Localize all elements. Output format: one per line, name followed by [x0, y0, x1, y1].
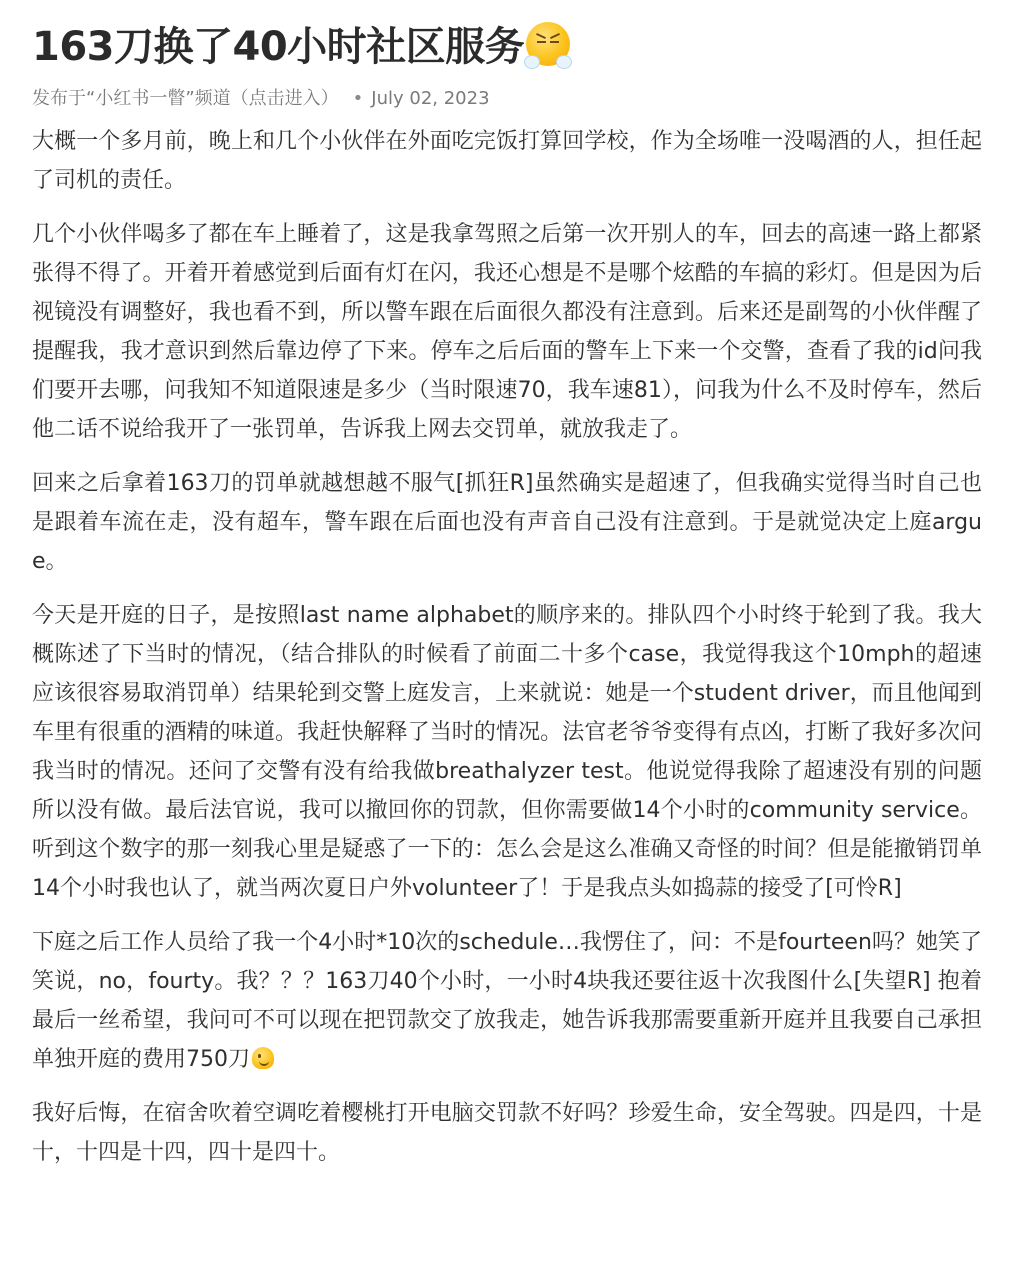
- steam-face-emoji-icon: [526, 22, 570, 66]
- article-title: 163刀换了40小时社区服务: [32, 24, 524, 70]
- paragraph-4: 今天是开庭的日子，是按照last name alphabet的顺序来的。排队四个…: [32, 596, 982, 908]
- paragraph-1: 大概一个多月前，晚上和几个小伙伴在外面吃完饭打算回学校，作为全场唯一没喝酒的人，…: [32, 122, 982, 200]
- paragraph-3: 回来之后拿着163刀的罚单就越想越不服气[抓狂R]虽然确实是超速了，但我确实觉得…: [32, 464, 982, 581]
- paragraph-5-wrapper: 下庭之后工作人员给了我一个4小时*10次的schedule…我愣住了，问：不是f…: [32, 923, 982, 1079]
- article-title-row: 163刀换了40小时社区服务: [32, 20, 982, 74]
- melting-face-emoji-icon: [252, 1047, 274, 1069]
- channel-link[interactable]: 发布于“小红书一瞥”频道（点击进入）: [32, 88, 339, 109]
- paragraph-6: 我好后悔，在宿舍吹着空调吃着樱桃打开电脑交罚款不好吗？珍爱生命，安全驾驶。四是四…: [32, 1094, 982, 1172]
- publish-date: July 02, 2023: [371, 88, 489, 109]
- article-meta: 发布于“小红书一瞥”频道（点击进入）•July 02, 2023: [32, 86, 982, 112]
- paragraph-5: 下庭之后工作人员给了我一个4小时*10次的schedule…我愣住了，问：不是f…: [32, 930, 982, 1072]
- meta-separator: •: [353, 88, 364, 109]
- article: 163刀换了40小时社区服务 发布于“小红书一瞥”频道（点击进入）•July 0…: [32, 20, 982, 1187]
- paragraph-2: 几个小伙伴喝多了都在车上睡着了，这是我拿驾照之后第一次开别人的车，回去的高速一路…: [32, 215, 982, 449]
- article-body: 大概一个多月前，晚上和几个小伙伴在外面吃完饭打算回学校，作为全场唯一没喝酒的人，…: [32, 122, 982, 1172]
